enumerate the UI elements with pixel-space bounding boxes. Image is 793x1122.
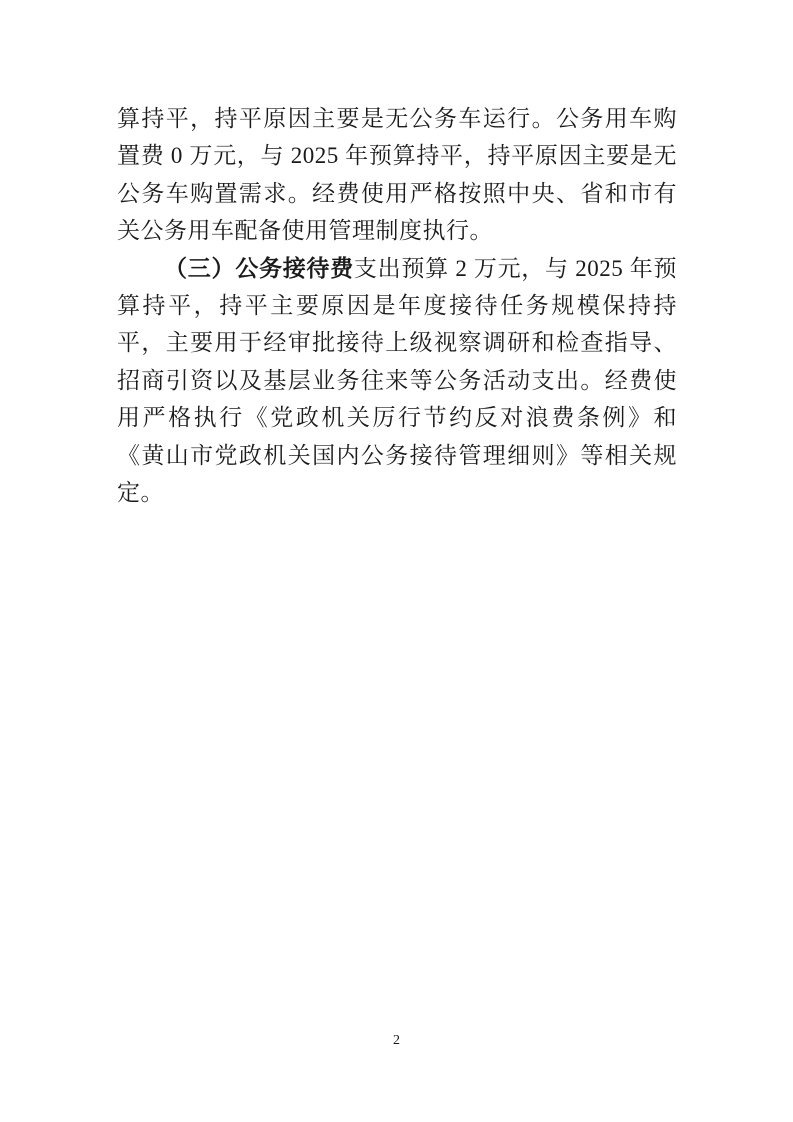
document-body: 算持平，持平原因主要是无公务车运行。公务用车购置费 0 万元，与 2025 年预… — [117, 100, 677, 511]
page-footer: 2 — [0, 1031, 793, 1049]
paragraph-text: 算持平，持平原因主要是无公务车运行。公务用车购置费 0 万元，与 2025 年预… — [117, 106, 677, 243]
paragraph-text: 支出预算 2 万元，与 2025 年预算持平，持平主要原因是年度接待任务规模保持… — [117, 256, 677, 505]
paragraph-reception-budget: （三）公务接待费支出预算 2 万元，与 2025 年预算持平，持平主要原因是年度… — [117, 250, 677, 512]
document-page: 算持平，持平原因主要是无公务车运行。公务用车购置费 0 万元，与 2025 年预… — [0, 0, 793, 1122]
page-number: 2 — [393, 1033, 400, 1048]
paragraph-lead-heading: （三）公务接待费 — [164, 256, 354, 281]
paragraph-vehicle-budget: 算持平，持平原因主要是无公务车运行。公务用车购置费 0 万元，与 2025 年预… — [117, 100, 677, 250]
